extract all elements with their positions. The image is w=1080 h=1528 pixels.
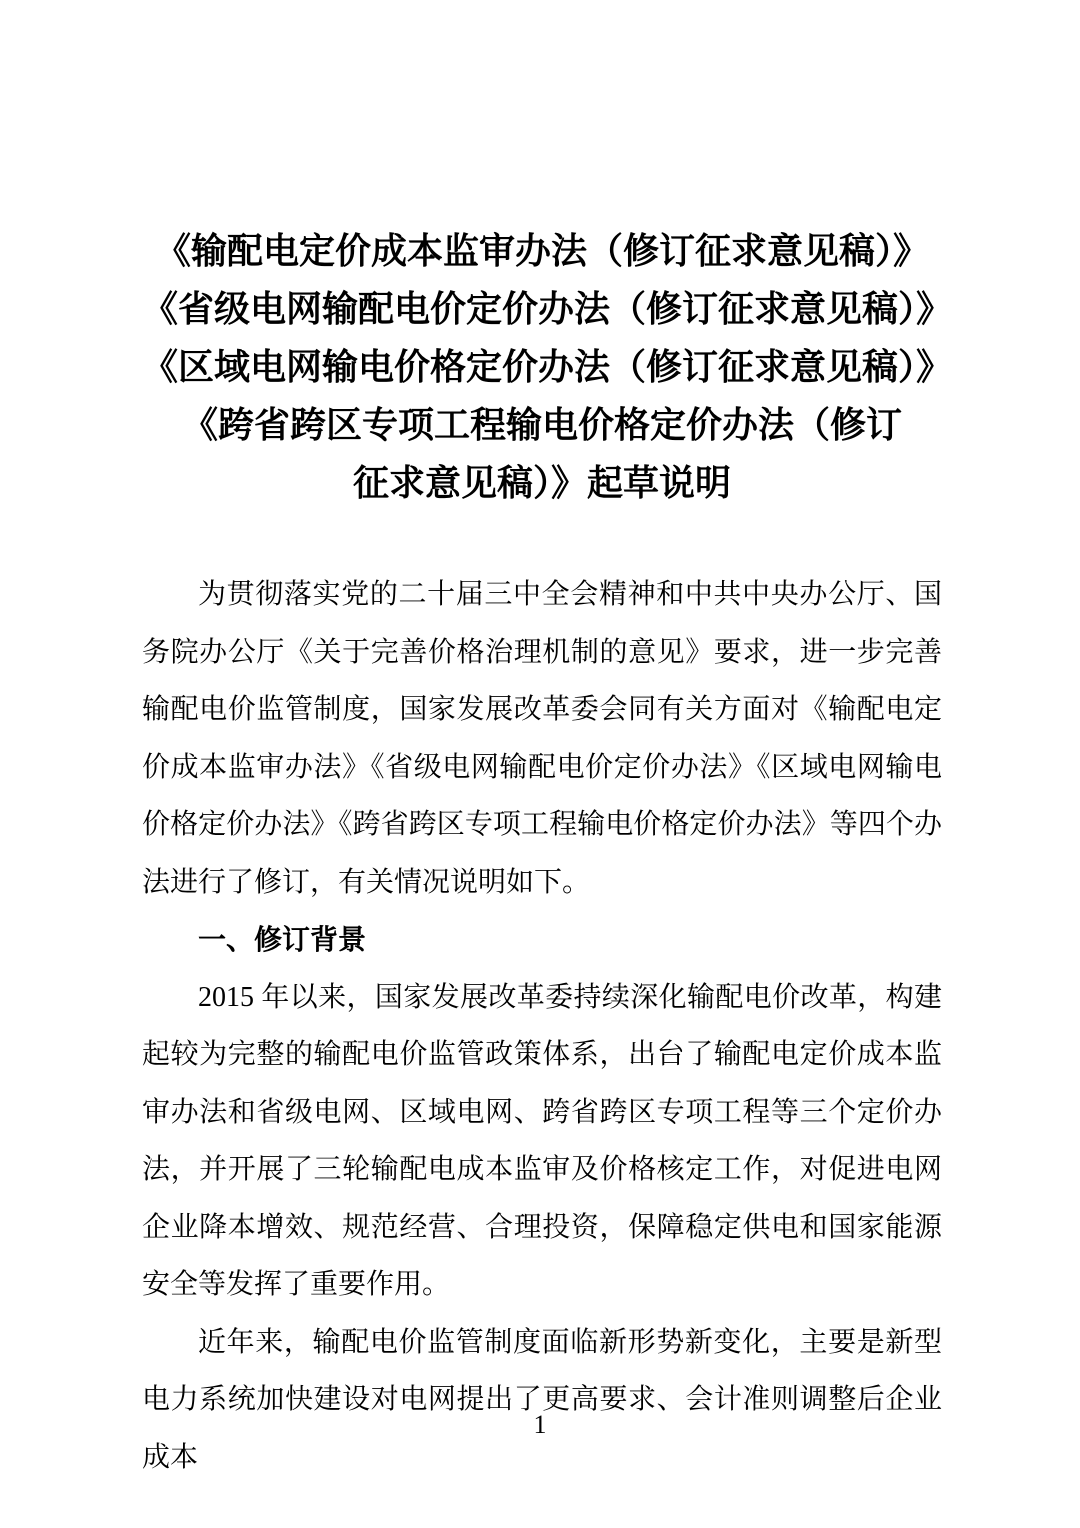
document-page: 《输配电定价成本监审办法（修订征求意见稿）》 《省级电网输配电价定价办法（修订征… xyxy=(0,0,1080,1528)
document-title-line-4: 《跨省跨区专项工程输电价格定价办法（修订 xyxy=(142,396,942,454)
document-title-line-5: 征求意见稿）》起草说明 xyxy=(142,454,942,512)
paragraph-background-1: 2015 年以来，国家发展改革委持续深化输配电价改革，构建起较为完整的输配电价监… xyxy=(142,969,942,1314)
page-number: 1 xyxy=(0,1410,1080,1440)
paragraph-intro: 为贯彻落实党的二十届三中全会精神和中共中央办公厅、国务院办公厅《关于完善价格治理… xyxy=(142,566,942,911)
document-title-line-1: 《输配电定价成本监审办法（修订征求意见稿）》 xyxy=(142,222,942,280)
section-heading-revision-background: 一、修订背景 xyxy=(142,911,942,969)
paragraph-background-2: 近年来，输配电价监管制度面临新形势新变化，主要是新型电力系统加快建设对电网提出了… xyxy=(142,1314,942,1487)
document-title-line-3: 《区域电网输电价格定价办法（修订征求意见稿）》 xyxy=(142,338,942,396)
document-title-line-2: 《省级电网输配电价定价办法（修订征求意见稿）》 xyxy=(142,280,942,338)
document-body: 为贯彻落实党的二十届三中全会精神和中共中央办公厅、国务院办公厅《关于完善价格治理… xyxy=(142,566,942,1486)
document-title: 《输配电定价成本监审办法（修订征求意见稿）》 《省级电网输配电价定价办法（修订征… xyxy=(142,222,942,512)
document-content: 《输配电定价成本监审办法（修订征求意见稿）》 《省级电网输配电价定价办法（修订征… xyxy=(142,222,942,1486)
